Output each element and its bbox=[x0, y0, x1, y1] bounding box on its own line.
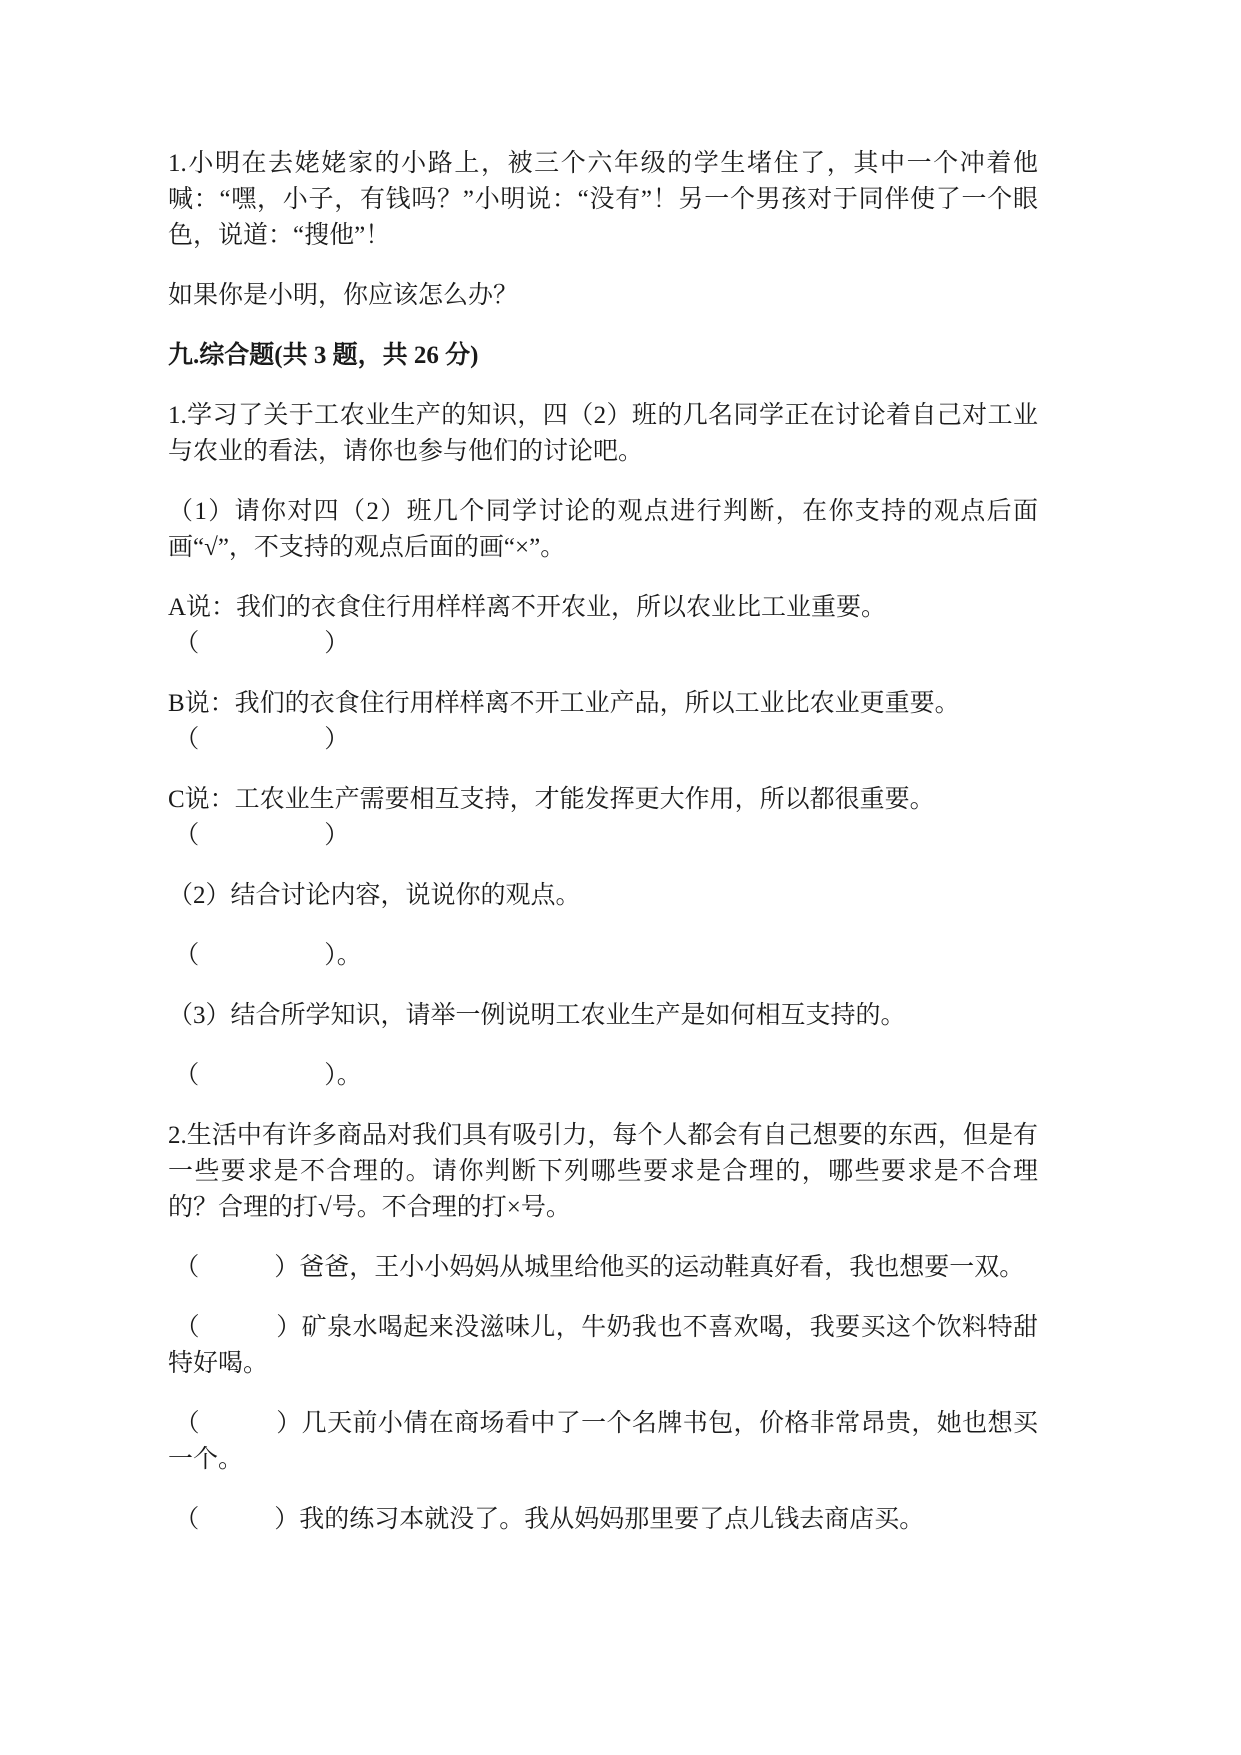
q1-view-a: A说：我们的衣食住行用样样离不开农业，所以农业比工业重要。 （ ） bbox=[168, 590, 1038, 662]
q2-intro: 2.生活中有许多商品对我们具有吸引力，每个人都会有自己想要的东西，但是有一些要求… bbox=[168, 1118, 1038, 1226]
question-1-scenario: 1.小明在去姥姥家的小路上，被三个六年级的学生堵住了，其中一个冲着他喊：“嘿，小… bbox=[168, 146, 1038, 254]
question-1-prompt: 如果你是小明，你应该怎么办？ bbox=[168, 278, 1038, 314]
q1-sub2-instruction: （2）结合讨论内容，说说你的观点。 bbox=[168, 878, 1038, 914]
q2-item-4: （ ）我的练习本就没了。我从妈妈那里要了点儿钱去商店买。 bbox=[168, 1502, 1038, 1538]
q2-item-3: （ ）几天前小倩在商场看中了一个名牌书包，价格非常昂贵，她也想买一个。 bbox=[168, 1406, 1038, 1478]
q2-item-2: （ ）矿泉水喝起来没滋味儿，牛奶我也不喜欢喝，我要买这个饮料特甜特好喝。 bbox=[168, 1310, 1038, 1382]
q1-sub3-answer-blank: （ ）。 bbox=[168, 1058, 1038, 1094]
document-body: 1.小明在去姥姥家的小路上，被三个六年级的学生堵住了，其中一个冲着他喊：“嘿，小… bbox=[0, 0, 1241, 1602]
document-page: 1.小明在去姥姥家的小路上，被三个六年级的学生堵住了，其中一个冲着他喊：“嘿，小… bbox=[0, 0, 1241, 1755]
section-9-heading: 九.综合题(共 3 题，共 26 分) bbox=[168, 338, 1038, 374]
q2-item-1: （ ）爸爸，王小小妈妈从城里给他买的运动鞋真好看，我也想要一双。 bbox=[168, 1250, 1038, 1286]
q1-intro: 1.学习了关于工农业生产的知识，四（2）班的几名同学正在讨论着自己对工业与农业的… bbox=[168, 398, 1038, 470]
q1-view-b: B说：我们的衣食住行用样样离不开工业产品，所以工业比农业更重要。 （ ） bbox=[168, 686, 1038, 758]
q1-sub2-answer-blank: （ ）。 bbox=[168, 938, 1038, 974]
q1-view-c: C说：工农业生产需要相互支持，才能发挥更大作用，所以都很重要。 （ ） bbox=[168, 782, 1038, 854]
q1-sub1-instruction: （1）请你对四（2）班几个同学讨论的观点进行判断，在你支持的观点后面画“√”，不… bbox=[168, 494, 1038, 566]
q1-sub3-instruction: （3）结合所学知识，请举一例说明工农业生产是如何相互支持的。 bbox=[168, 998, 1038, 1034]
